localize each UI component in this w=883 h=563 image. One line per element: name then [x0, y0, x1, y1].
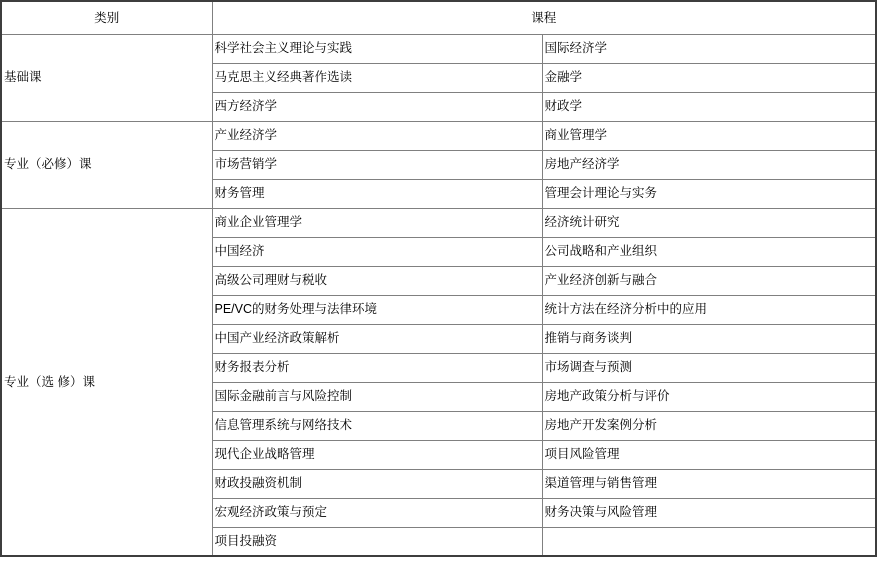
course-cell: 财政学 — [542, 92, 876, 121]
course-cell: 房地产政策分析与评价 — [542, 382, 876, 411]
course-cell: 商业管理学 — [542, 121, 876, 150]
table-row: 专业（必修）课 产业经济学 商业管理学 — [1, 121, 876, 150]
course-cell: 推销与商务谈判 — [542, 324, 876, 353]
table-row: 专业（选 修）课 商业企业管理学 经济统计研究 — [1, 208, 876, 237]
course-cell: 房地产经济学 — [542, 150, 876, 179]
course-cell: 高级公司理财与税收 — [212, 266, 542, 295]
course-cell: 中国经济 — [212, 237, 542, 266]
course-cell: 国际经济学 — [542, 34, 876, 63]
course-cell: PE/VC的财务处理与法律环境 — [212, 295, 542, 324]
category-header: 类别 — [1, 1, 212, 34]
course-cell: 国际金融前言与风险控制 — [212, 382, 542, 411]
course-cell: 商业企业管理学 — [212, 208, 542, 237]
course-cell: 现代企业战略管理 — [212, 440, 542, 469]
course-header: 课程 — [212, 1, 876, 34]
course-cell: 管理会计理论与实务 — [542, 179, 876, 208]
course-cell: 经济统计研究 — [542, 208, 876, 237]
category-cell-required: 专业（必修）课 — [1, 121, 212, 208]
course-cell — [542, 527, 876, 556]
course-cell: 宏观经济政策与预定 — [212, 498, 542, 527]
course-cell: 项目投融资 — [212, 527, 542, 556]
courses-table: 类别 课程 基础课 科学社会主义理论与实践 国际经济学 马克思主义经典著作选读 … — [0, 0, 877, 557]
course-cell: 金融学 — [542, 63, 876, 92]
course-cell: 马克思主义经典著作选读 — [212, 63, 542, 92]
course-cell: 财务管理 — [212, 179, 542, 208]
course-cell: 财务决策与风险管理 — [542, 498, 876, 527]
course-cell: 财务报表分析 — [212, 353, 542, 382]
category-cell-elective: 专业（选 修）课 — [1, 208, 212, 556]
course-cell: 产业经济学 — [212, 121, 542, 150]
course-cell: 统计方法在经济分析中的应用 — [542, 295, 876, 324]
course-cell: 项目风险管理 — [542, 440, 876, 469]
course-cell: 市场营销学 — [212, 150, 542, 179]
course-cell: 产业经济创新与融合 — [542, 266, 876, 295]
course-cell: 公司战略和产业组织 — [542, 237, 876, 266]
course-cell: 信息管理系统与网络技术 — [212, 411, 542, 440]
course-cell: 房地产开发案例分析 — [542, 411, 876, 440]
course-cell: 西方经济学 — [212, 92, 542, 121]
category-cell-basic: 基础课 — [1, 34, 212, 121]
course-cell: 市场调查与预测 — [542, 353, 876, 382]
table-row: 基础课 科学社会主义理论与实践 国际经济学 — [1, 34, 876, 63]
course-cell: 中国产业经济政策解析 — [212, 324, 542, 353]
table-header-row: 类别 课程 — [1, 1, 876, 34]
course-cell: 渠道管理与销售管理 — [542, 469, 876, 498]
course-cell: 财政投融资机制 — [212, 469, 542, 498]
course-cell: 科学社会主义理论与实践 — [212, 34, 542, 63]
